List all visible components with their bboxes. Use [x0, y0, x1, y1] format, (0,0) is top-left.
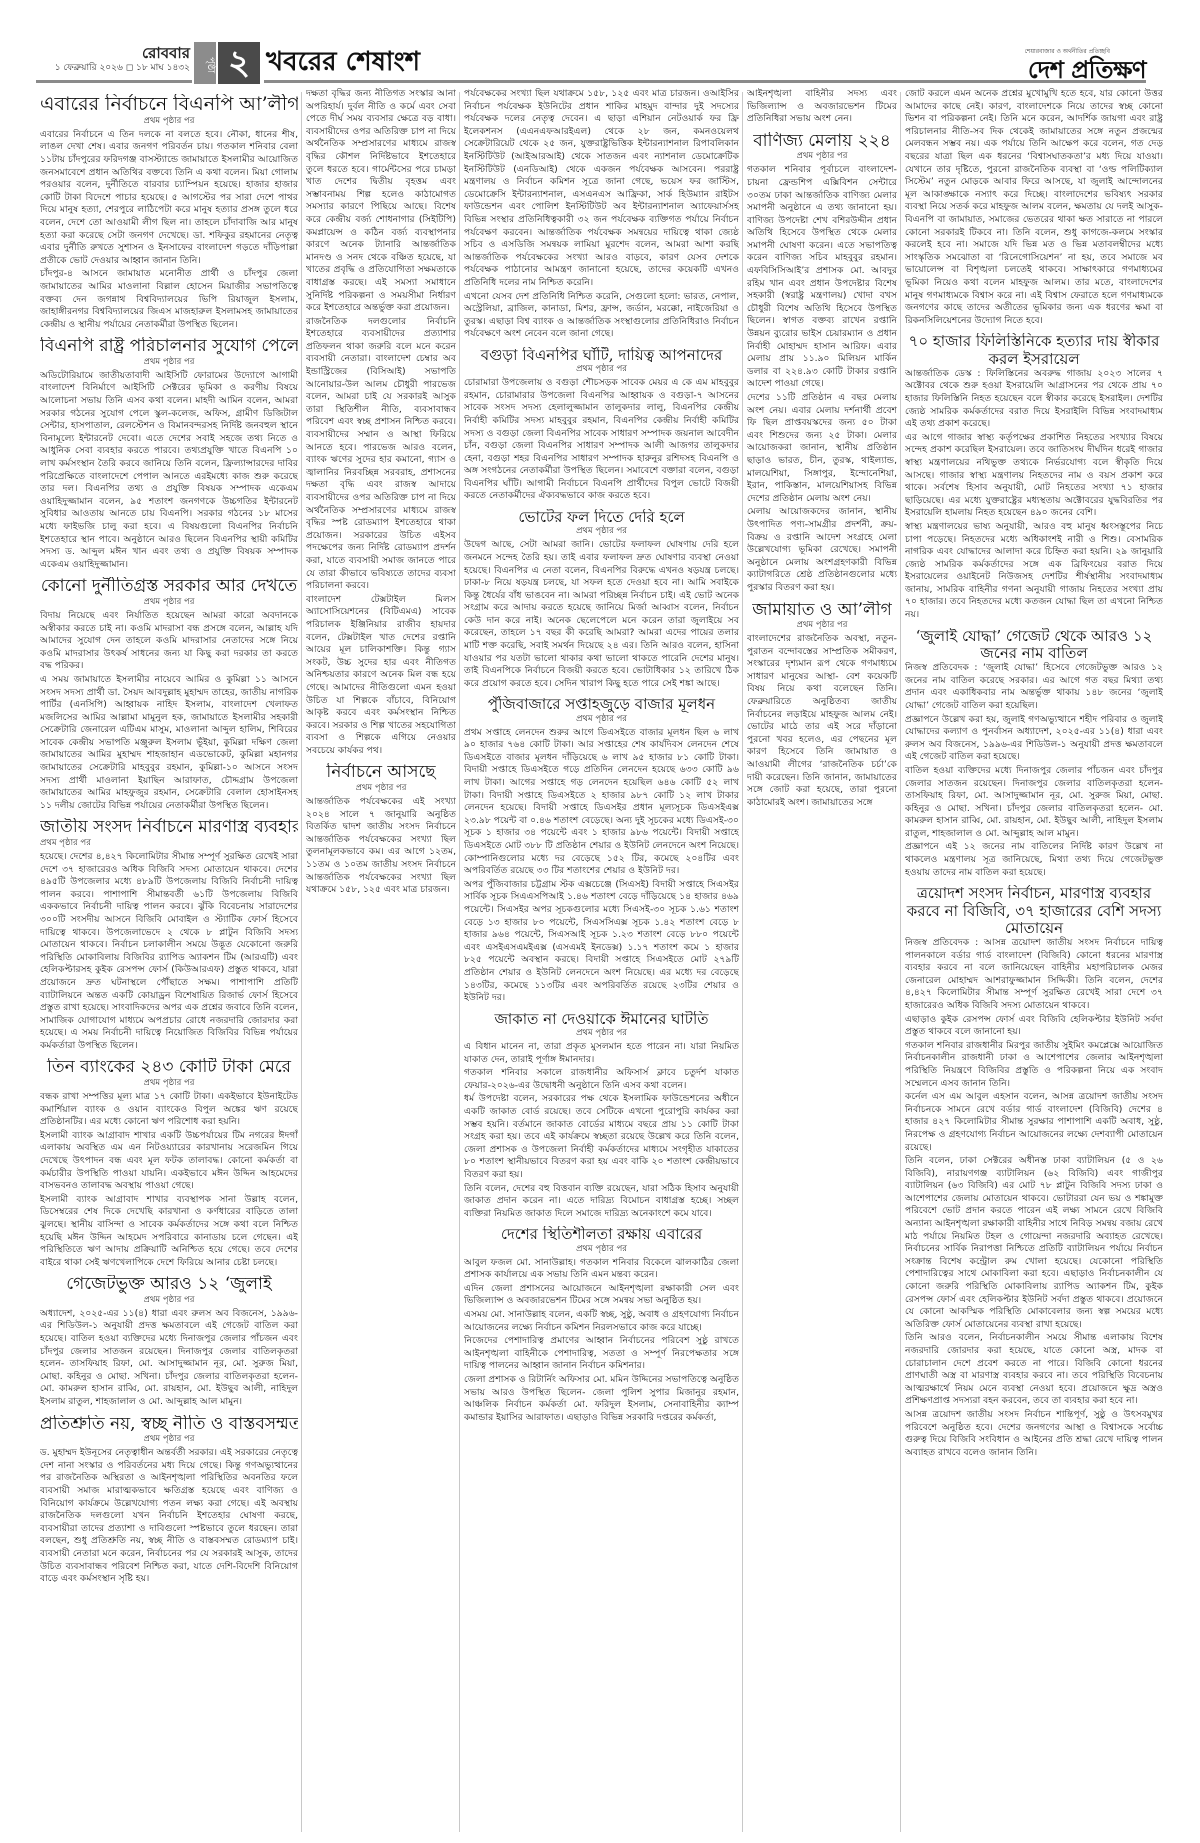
- kicker: প্রথম পৃষ্ঠার পর: [464, 1028, 739, 1039]
- headline-vote-result-delay[interactable]: ভোটের ফল দিতে দেরি হলে: [464, 509, 739, 526]
- headline-trade-fair[interactable]: বাণিজ্য মেলায় ২২৪: [747, 132, 897, 152]
- column-divider: [742, 92, 743, 1832]
- headline-lethal-weapons[interactable]: জাতীয় সংসদ নির্বাচনে মারণাস্ত্র ব্যবহার: [40, 818, 298, 838]
- article-paragraph: স্বাস্থ্য মন্ত্রণালয়ের ভাষ্য অনুযায়ী, …: [905, 521, 1163, 622]
- kicker: প্রথম পৃষ্ঠার পর: [40, 1078, 298, 1089]
- article-paragraph: প্রজ্ঞাপনে উল্লেখ করা হয়, জুলাই গণঅভ্যু…: [905, 714, 1163, 764]
- article-paragraph: বাংলাদেশ টেক্সটাইল মিলস অ্যাসোসিয়েশনের …: [306, 594, 456, 758]
- column-3: পর্যবেক্ষকের সংখ্যা ছিল যথাক্রমে ১৫৮, ১২…: [464, 88, 739, 1838]
- article-paragraph: এখনো যেসব দেশ প্রতিনিধি নিশ্চিত করেনি, স…: [464, 291, 739, 341]
- article-paragraph: গতকাল শনিবার পূর্বাচলে বাংলাদেশ-চায়না ফ…: [747, 164, 897, 391]
- article-paragraph: তিনি বলেন, দেশের বহু বিত্তবান ব্যক্তি রয…: [464, 1183, 739, 1221]
- headline-bnp-state[interactable]: বিএনপি রাষ্ট্র পরিচালনার সুযোগ পেলে: [40, 337, 298, 357]
- article-paragraph: এছাড়াও কুইক রেসপন্স ফোর্স এবং বিজিবি হে…: [905, 1014, 1163, 1039]
- kicker: প্রথম পৃষ্ঠার পর: [40, 357, 298, 368]
- issue-date-block: রোববার ১ ফেব্রুয়ারি ২০২৬ ◻ ১৮ মাঘ ১৪৩২: [40, 44, 190, 74]
- article-paragraph: তিনি বলেন, ঢাকা সেক্টরের অধীনস্ত ঢাকা ব্…: [905, 1155, 1163, 1331]
- article-paragraph: হয়েছে। দেশের ৪,৪২৭ কিলোমিটার সীমান্ত সম…: [40, 851, 298, 1053]
- article-paragraph: অধ্যাদেশ, ২০২৫-এর ১১(৪) ধারা এবং রুলস অব…: [40, 1308, 298, 1409]
- article-paragraph: ধর্ম উপদেষ্টা বলেন, সরকারের পক্ষ থেকে ইস…: [464, 1093, 739, 1181]
- headline-stability[interactable]: দেশের স্থিতিশীলতা রক্ষায় এবারের: [464, 1226, 739, 1243]
- headline-transparent-policy[interactable]: প্রতিশ্রুতি নয়, স্বচ্ছ নীতি ও বাস্তবসম্…: [40, 1415, 298, 1435]
- column-divider: [459, 92, 460, 1832]
- column-2: দক্ষতা বৃদ্ধির জন্য নীতিগত সংস্কার আনা অ…: [306, 88, 456, 1838]
- article-paragraph: এর আগে গাজার স্বাস্থ্য কর্তৃপক্ষের প্রকা…: [905, 432, 1163, 520]
- masthead: রোববার ১ ফেব্রুয়ারি ২০২৬ ◻ ১৮ মাঘ ১৪৩২ …: [0, 0, 1200, 86]
- masthead-rule-left: [36, 80, 192, 83]
- column-4: আইনশৃঙ্খলা বাহিনীর সদস্য এবং ভিজিল্যান্স…: [747, 88, 897, 1838]
- kicker: প্রথম পৃষ্ঠার পর: [40, 1295, 298, 1306]
- article-paragraph: অপর পুঁজিবাজার চট্টগ্রাম স্টক এক্সচেঞ্জে…: [464, 879, 739, 1005]
- kicker: প্রথম পৃষ্ঠার পর: [464, 364, 739, 375]
- kicker: প্রথম পৃষ্ঠার পর: [747, 151, 897, 162]
- article-paragraph: নিজেদের পেশাদারিত্ব প্রমাণের আহ্বান নির্…: [464, 1335, 739, 1373]
- column-5: জোট করলে এমন অনেক প্রশ্নের মুখোমুখি হতে …: [905, 88, 1163, 1838]
- article-paragraph: প্রজ্ঞাপনে এই ১২ জনের নাম বাতিলের নির্দি…: [905, 841, 1163, 879]
- article-paragraph: এদিন জেলা প্রশাসনের আয়োজনে আইনশৃঙ্খলা র…: [464, 1283, 739, 1308]
- headline-coming-election[interactable]: নির্বাচনে আসছে: [306, 763, 456, 783]
- headline-stock-market-cap[interactable]: পুঁজিবাজারে সপ্তাহজুড়ে বাজার মূলধন: [464, 696, 739, 713]
- article-paragraph: জোট করলে এমন অনেক প্রশ্নের মুখোমুখি হতে …: [905, 88, 1163, 327]
- headline-bnp-al[interactable]: এবারের নির্বাচনে বিএনপি আ’লীগ: [40, 94, 298, 116]
- headline-corrupt-govt[interactable]: কোনো দুর্নীতিগ্রস্ত সরকার আর দেখতে: [40, 577, 298, 597]
- headline-bogura-bnp[interactable]: বগুড়া বিএনপির ঘাঁটি, দায়িত্ব আপনাদের: [464, 347, 739, 364]
- article-paragraph: জেলা প্রশাসক ও রিটার্নিং অফিসার মো. মমিন…: [464, 1374, 739, 1424]
- column-divider: [900, 92, 901, 1832]
- column-divider: [301, 92, 302, 1832]
- kicker: প্রথম পৃষ্ঠার পর: [40, 597, 298, 608]
- article-paragraph: দক্ষতা বৃদ্ধির জন্য নীতিগত সংস্কার আনা অ…: [306, 88, 456, 315]
- kicker: প্রথম পৃষ্ঠার পর: [40, 116, 298, 127]
- article-paragraph: এসময় মো. সানাউল্লাহ বলেন, একটি স্বচ্ছ, …: [464, 1309, 739, 1334]
- article-paragraph: নিজস্ব প্রতিবেদক : ‘জুলাই যোদ্ধা’ হিসেবে…: [905, 662, 1163, 712]
- column-1: এবারের নির্বাচনে বিএনপি আ’লীগ প্রথম পৃষ্…: [40, 88, 298, 1838]
- masthead-rule-right: [264, 80, 1146, 83]
- kicker: প্রথম পৃষ্ঠার পর: [464, 526, 739, 537]
- article-paragraph: রাজনৈতিক দলগুলোর নির্বাচনি ইশতেহারে ব্যব…: [306, 316, 456, 593]
- article-paragraph: আন্তর্জাতিক পর্যবেক্ষকের এই সংখ্যা ২০২৪ …: [306, 796, 456, 897]
- headline-gazette-july[interactable]: গেজেটভুক্ত আরও ১২ ‘জুলাই: [40, 1275, 298, 1295]
- article-paragraph: এবারের নির্বাচনে এ তিন দলকে না বলতে হবে।…: [40, 129, 298, 268]
- page-number: ২: [218, 42, 260, 84]
- article-paragraph: চোরামারা উপজেলায় ও বগুড়া শৌচসড়ক সাবেক…: [464, 377, 739, 503]
- article-paragraph: গতকাল শনিবার সকালে রাজধানীর অফিসার্স ক্ল…: [464, 1067, 739, 1092]
- article-paragraph: ইসলামী ব্যাংক আগ্রাবাদ শাখার ব্যবস্থাপক …: [40, 1194, 298, 1270]
- kicker: প্রথম পৃষ্ঠার পর: [306, 783, 456, 794]
- article-paragraph: বাংলাদেশের রাজনৈতিক অবস্থা, নতুন-পুরাতন …: [747, 633, 897, 809]
- kicker: প্রথম পৃষ্ঠার পর: [40, 1434, 298, 1445]
- headline-bgb-deployment[interactable]: ত্রয়োদশ সংসদ নির্বাচন, মারণাস্ত্র ব্যবহ…: [905, 885, 1163, 937]
- headline-july-warriors[interactable]: ‘জুলাই যোদ্ধা’ গেজেট থেকে আরও ১২ জনের না…: [905, 628, 1163, 663]
- article-paragraph: এ বিধান মানেন না, তারা প্রকৃত মুসলমান হত…: [464, 1041, 739, 1066]
- article-paragraph: অডিটোরিয়ামে জাতীয়তাবাদী আইসিটি ফোরামের…: [40, 370, 298, 572]
- article-paragraph: আসন্ন ত্রয়োদশ জাতীয় সংসদ নির্বাচন শান্…: [905, 1409, 1163, 1459]
- kicker: প্রথম পৃষ্ঠার পর: [464, 1244, 739, 1255]
- issue-day: রোববার: [40, 44, 190, 62]
- kicker: প্রথম পৃষ্ঠার পর: [40, 838, 298, 849]
- kicker: প্রথম পৃষ্ঠার পর: [747, 620, 897, 631]
- article-paragraph: আন্তর্জাতিক ডেস্ক : ফিলিস্তিনের অবরুদ্ধ …: [905, 368, 1163, 431]
- article-paragraph: কর্নেল এস এম আবুল এহসান বলেন, আসন্ন ত্রয…: [905, 1091, 1163, 1154]
- kicker: প্রথম পৃষ্ঠার পর: [464, 714, 739, 725]
- article-paragraph: এ সময় জামায়াতে ইসলামীর নায়েবে আমির ও …: [40, 674, 298, 813]
- article-paragraph: প্রথম সপ্তাহে লেনদেন শুরুর আগে ডিএসইতে ব…: [464, 727, 739, 878]
- issue-date: ১ ফেব্রুয়ারি ২০২৬ ◻ ১৮ মাঘ ১৪৩২: [40, 62, 190, 74]
- article-paragraph: গতকাল শনিবার রাজধানীর মিরপুর জাতীয় সুইম…: [905, 1040, 1163, 1090]
- article-paragraph: আইনশৃঙ্খলা বাহিনীর সদস্য এবং ভিজিল্যান্স…: [747, 88, 897, 126]
- article-paragraph: বাতিল হওয়া ব্যক্তিদের মধ্যে দিনাজপুর জে…: [905, 765, 1163, 841]
- article-paragraph: বিদায় নিয়েছে এবং নির্যাতিত হয়েছেন আমর…: [40, 610, 298, 673]
- headline-zakat[interactable]: জাকাত না দেওয়াকে ঈমানের ঘাটতি: [464, 1011, 739, 1028]
- page-label: পৃষ্ঠা: [194, 42, 216, 84]
- article-paragraph: আবুল ফজল মো. সানাউল্লাহ। গতকাল শনিবার বি…: [464, 1257, 739, 1282]
- headline-israel-70k[interactable]: ৭০ হাজার ফিলিস্তিনিকে হত্যার দায় স্বীকা…: [905, 333, 1163, 368]
- article-paragraph: দেশের ১১টি প্রতিষ্ঠান এ বছর মেলায় অংশ ন…: [747, 392, 897, 505]
- article-paragraph: বন্ধক রাখা সম্পত্তির মূল্য মাত্র ১৭ কোটি…: [40, 1091, 298, 1129]
- headline-jamaat-al[interactable]: জামায়াত ও আ’লীগ: [747, 601, 897, 621]
- article-paragraph: ড. মুহাম্মদ ইউনূসের নেতৃত্বাধীন অন্তর্বর…: [40, 1447, 298, 1586]
- article-paragraph: পর্যবেক্ষকের সংখ্যা ছিল যথাক্রমে ১৫৮, ১২…: [464, 88, 739, 290]
- newspaper-logo: দেশ প্রতিক্ষণ: [1028, 52, 1146, 92]
- article-paragraph: তিনি আরও বলেন, নির্বাচনকালীন সময়ে সীমান…: [905, 1332, 1163, 1408]
- article-paragraph: নিজস্ব প্রতিবেদক : আসন্ন ত্রয়োদশ জাতীয়…: [905, 937, 1163, 1013]
- article-paragraph: উদ্বেগ আছে, সেটা আমরা জানি। ভোটের ফলাফল …: [464, 539, 739, 690]
- headline-three-banks[interactable]: তিন ব্যাংকের ২৪৩ কোটি টাকা মেরে: [40, 1058, 298, 1078]
- article-paragraph: চাঁদপুর-৪ আসনে জামায়াত মনোনীত প্রার্থী …: [40, 268, 298, 331]
- article-paragraph: মেলায় আয়োজকদের জানান, স্থানীয় উৎপাদিত…: [747, 506, 897, 594]
- article-paragraph: ইসলামী ব্যাংক আগ্রাবাদ শাখার একটি উচ্চপর…: [40, 1130, 298, 1193]
- section-title: খবরের শেষাংশ: [266, 46, 420, 78]
